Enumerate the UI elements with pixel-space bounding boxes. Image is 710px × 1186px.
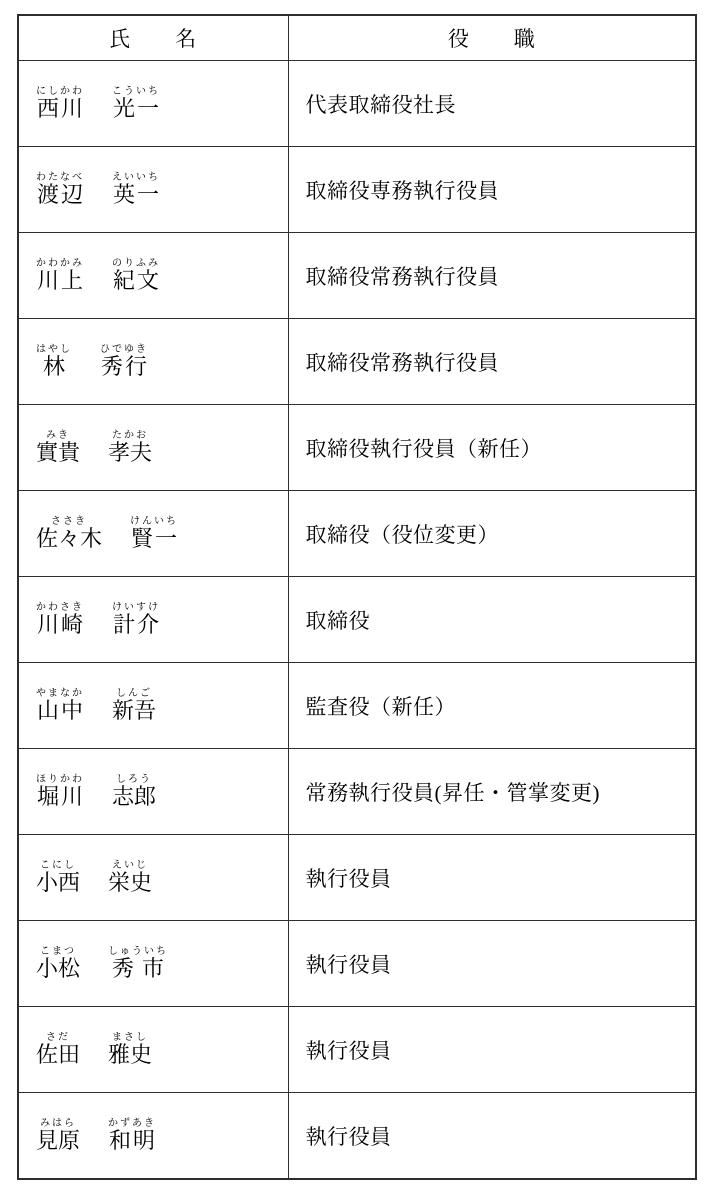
officer-surname: 佐田さだ	[36, 1042, 80, 1067]
table-row: 川崎かわさき計介けいすけ 取締役	[18, 577, 696, 663]
officer-name-cell: 見原みはら和明かずあき	[18, 1093, 288, 1180]
table-row: 林はやし秀行ひでゆき 取締役常務執行役員	[18, 319, 696, 405]
officer-surname-furigana: ほりかわ	[36, 774, 84, 785]
officer-name-cell: 西川にしかわ光一こういち	[18, 61, 288, 147]
officer-surname-kanji: 林	[36, 354, 72, 379]
officer-role: 執行役員	[288, 921, 696, 1007]
officer-given-name-kanji: 英一	[112, 182, 160, 207]
table-row: 渡辺わたなべ英一えいいち 取締役専務執行役員	[18, 147, 696, 233]
officer-surname: 小西こにし	[36, 870, 80, 895]
officer-given-name: 秀市しゅういち	[108, 956, 168, 981]
officer-given-name-kanji: 秀市	[108, 956, 168, 981]
officer-given-name-furigana: のりふみ	[112, 258, 160, 269]
officer-surname: 實貴みき	[36, 440, 80, 465]
officer-surname-kanji: 堀川	[36, 784, 84, 809]
officer-surname-kanji: 小松	[36, 956, 80, 981]
officer-given-name-kanji: 雅史	[108, 1042, 152, 1067]
officer-given-name-kanji: 孝夫	[108, 440, 152, 465]
officer-surname-furigana: かわかみ	[36, 258, 84, 269]
officer-given-name: 和明かずあき	[108, 1128, 156, 1153]
officer-surname-furigana: はやし	[36, 344, 72, 355]
officer-surname: 山中やまなか	[36, 698, 84, 723]
officer-surname-furigana: みはら	[36, 1118, 80, 1129]
officer-surname: 渡辺わたなべ	[36, 182, 84, 207]
officer-role: 監査役（新任）	[288, 663, 696, 749]
officer-surname-furigana: わたなべ	[36, 172, 84, 183]
officer-given-name: 賢一けんいち	[130, 526, 178, 551]
officer-surname-furigana: かわさき	[36, 602, 84, 613]
officer-given-name-furigana: こういち	[112, 86, 160, 97]
officer-given-name: 紀文のりふみ	[112, 268, 160, 293]
table-row: 佐々木ささき賢一けんいち 取締役（役位変更）	[18, 491, 696, 577]
officer-role: 取締役常務執行役員	[288, 233, 696, 319]
officer-role: 執行役員	[288, 1007, 696, 1093]
column-header-title: 役 職	[288, 15, 696, 61]
officer-role: 取締役執行役員（新任）	[288, 405, 696, 491]
officer-role: 取締役常務執行役員	[288, 319, 696, 405]
officer-surname-furigana: やまなか	[36, 688, 84, 699]
officer-surname-furigana: にしかわ	[36, 86, 84, 97]
officer-given-name: 英一えいいち	[112, 182, 160, 207]
officer-surname-furigana: こにし	[36, 860, 80, 871]
officer-given-name-furigana: ひでゆき	[100, 344, 148, 355]
officer-surname-furigana: こまつ	[36, 946, 80, 957]
officer-given-name-kanji: 志郎	[112, 784, 156, 809]
officer-name-cell: 小西こにし栄史えいじ	[18, 835, 288, 921]
officer-surname-kanji: 見原	[36, 1128, 80, 1153]
officer-role: 取締役（役位変更）	[288, 491, 696, 577]
officer-role: 執行役員	[288, 1093, 696, 1180]
officer-given-name: 志郎しろう	[112, 784, 156, 809]
officer-given-name-furigana: けいすけ	[112, 602, 160, 613]
officer-given-name: 秀行ひでゆき	[100, 354, 148, 379]
officer-name-cell: 佐々木ささき賢一けんいち	[18, 491, 288, 577]
officer-surname: 林はやし	[36, 354, 72, 379]
officer-given-name-kanji: 新吾	[112, 698, 156, 723]
officer-given-name-furigana: えいいち	[112, 172, 160, 183]
officer-surname-kanji: 西川	[36, 96, 84, 121]
officer-given-name-furigana: まさし	[108, 1032, 152, 1043]
officer-name-cell: 小松こまつ秀市しゅういち	[18, 921, 288, 1007]
officer-given-name-kanji: 紀文	[112, 268, 160, 293]
officer-given-name-furigana: しろう	[112, 774, 156, 785]
document-page: 氏 名 役 職 西川にしかわ光一こういち 代表取締役社長 渡辺わたなべ英一えいい…	[0, 0, 710, 1186]
officer-given-name-furigana: たかお	[108, 430, 152, 441]
officer-name-cell: 渡辺わたなべ英一えいいち	[18, 147, 288, 233]
officer-name-cell: 佐田さだ雅史まさし	[18, 1007, 288, 1093]
officer-given-name-kanji: 計介	[112, 612, 160, 637]
officer-name-cell: 川崎かわさき計介けいすけ	[18, 577, 288, 663]
officer-name-cell: 山中やまなか新吾しんご	[18, 663, 288, 749]
table-row: 西川にしかわ光一こういち 代表取締役社長	[18, 61, 696, 147]
table-row: 小西こにし栄史えいじ 執行役員	[18, 835, 696, 921]
table-row: 川上かわかみ紀文のりふみ 取締役常務執行役員	[18, 233, 696, 319]
officer-surname-kanji: 川上	[36, 268, 84, 293]
officer-surname-kanji: 川崎	[36, 612, 84, 637]
officers-table: 氏 名 役 職 西川にしかわ光一こういち 代表取締役社長 渡辺わたなべ英一えいい…	[17, 14, 697, 1180]
officer-surname-furigana: ささき	[36, 516, 102, 527]
officer-surname: 堀川ほりかわ	[36, 784, 84, 809]
officer-given-name: 孝夫たかお	[108, 440, 152, 465]
officer-role: 執行役員	[288, 835, 696, 921]
table-row: 佐田さだ雅史まさし 執行役員	[18, 1007, 696, 1093]
officer-role: 取締役専務執行役員	[288, 147, 696, 233]
officer-given-name: 雅史まさし	[108, 1042, 152, 1067]
column-header-name: 氏 名	[18, 15, 288, 61]
officer-given-name: 光一こういち	[112, 96, 160, 121]
officer-name-cell: 堀川ほりかわ志郎しろう	[18, 749, 288, 835]
officer-surname-kanji: 實貴	[36, 440, 80, 465]
officer-surname: 川崎かわさき	[36, 612, 84, 637]
officer-given-name: 栄史えいじ	[108, 870, 152, 895]
officer-given-name-kanji: 光一	[112, 96, 160, 121]
officer-name-cell: 實貴みき孝夫たかお	[18, 405, 288, 491]
officer-surname-kanji: 佐田	[36, 1042, 80, 1067]
officer-given-name-furigana: しんご	[112, 688, 156, 699]
officer-given-name-furigana: かずあき	[108, 1118, 156, 1129]
officer-surname-furigana: さだ	[36, 1032, 80, 1043]
officer-surname-kanji: 小西	[36, 870, 80, 895]
table-row: 見原みはら和明かずあき 執行役員	[18, 1093, 696, 1180]
officer-surname-kanji: 山中	[36, 698, 84, 723]
officer-role: 常務執行役員(昇任・管掌変更)	[288, 749, 696, 835]
table-row: 山中やまなか新吾しんご 監査役（新任）	[18, 663, 696, 749]
officer-given-name-kanji: 栄史	[108, 870, 152, 895]
officer-surname-kanji: 佐々木	[36, 526, 102, 551]
table-row: 小松こまつ秀市しゅういち 執行役員	[18, 921, 696, 1007]
officer-surname: 川上かわかみ	[36, 268, 84, 293]
officer-surname-furigana: みき	[36, 430, 80, 441]
officer-given-name-furigana: えいじ	[108, 860, 152, 871]
officer-surname: 小松こまつ	[36, 956, 80, 981]
officer-given-name-kanji: 秀行	[100, 354, 148, 379]
officer-given-name-furigana: けんいち	[130, 516, 178, 527]
table-row: 堀川ほりかわ志郎しろう 常務執行役員(昇任・管掌変更)	[18, 749, 696, 835]
officer-role: 代表取締役社長	[288, 61, 696, 147]
officer-given-name: 新吾しんご	[112, 698, 156, 723]
table-header-row: 氏 名 役 職	[18, 15, 696, 61]
officer-role: 取締役	[288, 577, 696, 663]
officer-name-cell: 川上かわかみ紀文のりふみ	[18, 233, 288, 319]
table-row: 實貴みき孝夫たかお 取締役執行役員（新任）	[18, 405, 696, 491]
officer-surname-kanji: 渡辺	[36, 182, 84, 207]
officer-given-name-kanji: 賢一	[130, 526, 178, 551]
officer-surname: 西川にしかわ	[36, 96, 84, 121]
officer-name-cell: 林はやし秀行ひでゆき	[18, 319, 288, 405]
officer-surname: 見原みはら	[36, 1128, 80, 1153]
officer-given-name-furigana: しゅういち	[108, 946, 168, 957]
officer-given-name-kanji: 和明	[108, 1128, 156, 1153]
officer-given-name: 計介けいすけ	[112, 612, 160, 637]
officer-surname: 佐々木ささき	[36, 526, 102, 551]
